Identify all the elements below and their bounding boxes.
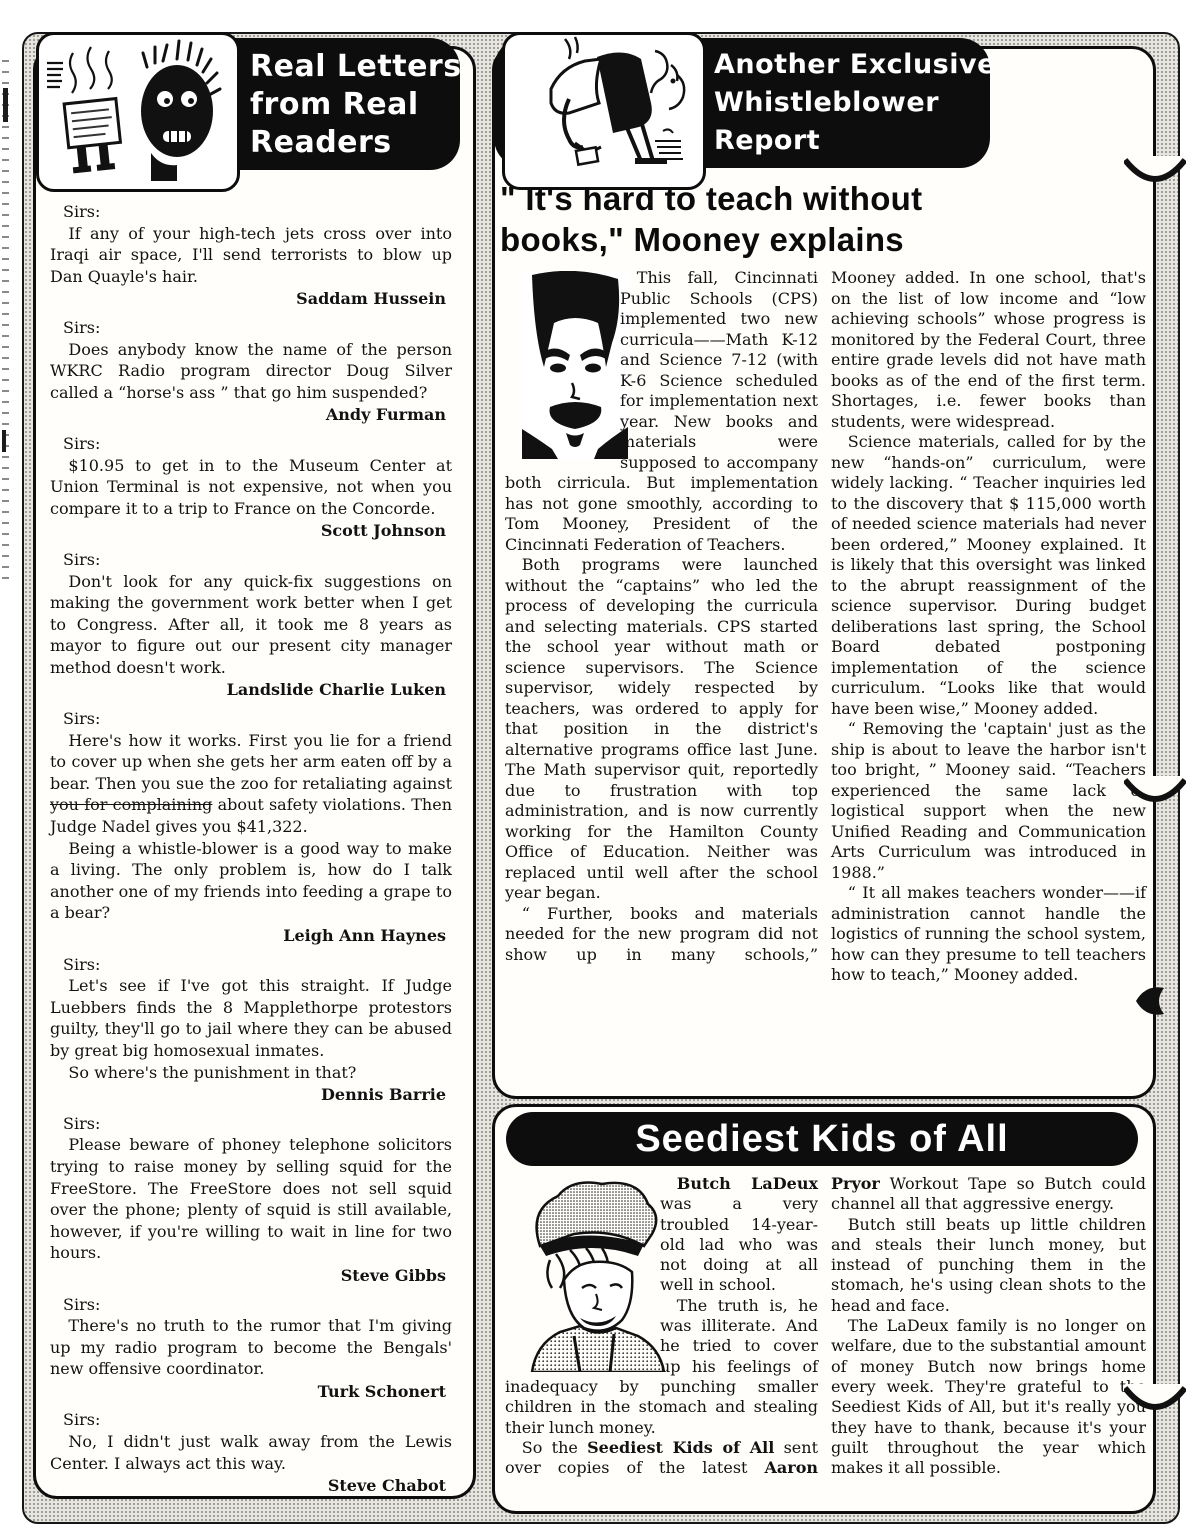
page-curl-icon: [1124, 156, 1186, 198]
seediest-body: Butch LaDeux was a very troubled 14-year…: [505, 1174, 1146, 1478]
whistleblower-cartoon: [502, 32, 706, 190]
letter-body: Please beware of phoney telephone solici…: [50, 1134, 452, 1264]
article-paragraph: Mooney added. In one school, that's on t…: [831, 268, 1146, 432]
letter: Sirs: $10.95 to get in to the Museum Cen…: [50, 433, 452, 542]
letter-body: There's no truth to the rumor that I'm g…: [50, 1315, 452, 1380]
seediest-paragraph: Butch still beats up little children and…: [831, 1215, 1146, 1316]
wb-title-line2: Whistleblower: [714, 84, 996, 122]
letter-salutation: Sirs:: [63, 317, 452, 339]
letter-signature: Landslide Charlie Luken: [50, 679, 446, 701]
page-curl-icon: [1124, 776, 1186, 818]
letter-salutation: Sirs:: [63, 1294, 452, 1316]
wb-title-line1: Another Exclusive: [714, 46, 996, 84]
seediest-paragraph: Pryor Workout Tape so Butch could channe…: [831, 1174, 1146, 1215]
letter-body: $10.95 to get in to the Museum Center at…: [50, 455, 452, 520]
letter-signature: Turk Schonert: [50, 1381, 446, 1403]
seediest-column-2: Pryor Workout Tape so Butch could channe…: [831, 1174, 1146, 1478]
seediest-text-bold: Aaron: [764, 1458, 818, 1477]
article-paragraph: “ Removing the 'captain' just as the shi…: [831, 719, 1146, 883]
letter: Sirs: There's no truth to the rumor that…: [50, 1294, 452, 1403]
article-body: This fall, Cincinnati Public Schools (CP…: [505, 268, 1146, 986]
letter-body: Here's how it works. First you lie for a…: [50, 730, 452, 838]
scan-spine-artifact: [2, 60, 9, 580]
zine-page: { "colors":{"ink":"#0d0d0d","paper":"#ff…: [0, 0, 1198, 1532]
letter-body-text: Here's how it works. First you lie for a…: [50, 731, 452, 793]
letter-body: Being a whistle-blower is a good way to …: [50, 838, 452, 924]
article-paragraph: This fall, Cincinnati Public Schools (CP…: [505, 268, 818, 555]
letter-salutation: Sirs:: [63, 1409, 452, 1431]
mooney-portrait: [505, 271, 611, 459]
article-column-1: This fall, Cincinnati Public Schools (CP…: [505, 268, 818, 986]
letter-signature: Steve Chabot: [50, 1475, 446, 1497]
scan-ink-blob: [3, 88, 8, 122]
letter-body: Let's see if I've got this straight. If …: [50, 975, 452, 1061]
panicked-reader-cartoon-art: [39, 35, 231, 183]
seediest-banner: Seediest Kids of All: [506, 1112, 1138, 1166]
page-curl-icon: [1124, 1384, 1186, 1426]
article-paragraph: Science materials, called for by the new…: [831, 432, 1146, 719]
letter-body: If any of your high-tech jets cross over…: [50, 223, 452, 288]
seediest-text-bold: Butch LaDeux: [677, 1174, 818, 1193]
letter-salutation: Sirs:: [63, 1113, 452, 1135]
letter-salutation: Sirs:: [63, 954, 452, 976]
letter-signature: Saddam Hussein: [50, 288, 446, 310]
letter-body: No, I didn't just walk away from the Lew…: [50, 1431, 452, 1474]
letters-title-line3: Readers: [250, 124, 462, 162]
wb-title-line3: Report: [714, 122, 996, 160]
butch-ladeux-portrait: [505, 1176, 651, 1372]
letter-signature: Dennis Barrie: [50, 1084, 446, 1106]
letter-salutation: Sirs:: [63, 433, 452, 455]
article-paragraph: “ It all makes teachers wonder——if admin…: [831, 883, 1146, 986]
letter: Sirs: Let's see if I've got this straigh…: [50, 954, 452, 1106]
letter-signature: Leigh Ann Haynes: [50, 925, 446, 947]
article-headline: " It's hard to teach without books," Moo…: [500, 178, 1148, 260]
letters-title-line1: Real Letters: [250, 48, 462, 86]
letter-salutation: Sirs:: [63, 201, 452, 223]
seediest-paragraph: So the Seediest Kids of All sent over co…: [505, 1438, 818, 1479]
seediest-text-bold: Seediest Kids of All: [587, 1438, 774, 1457]
seediest-column-1: Butch LaDeux was a very troubled 14-year…: [505, 1174, 818, 1478]
article-paragraph: “ Further, books and materials needed fo…: [505, 904, 818, 966]
whistleblower-cartoon-art: [505, 35, 697, 181]
butch-portrait-art: [522, 1176, 668, 1372]
letter-body: Does anybody know the name of the person…: [50, 339, 452, 404]
letter-salutation: Sirs:: [63, 549, 452, 571]
letter: Sirs: Don't look for any quick-fix sugge…: [50, 549, 452, 701]
page-curl-blob: [1136, 984, 1166, 1018]
whistleblower-header-title: Another Exclusive Whistleblower Report: [714, 46, 996, 160]
mooney-portrait-art: [522, 271, 628, 459]
seediest-text: was a very troubled 14-year-old lad who …: [660, 1194, 818, 1294]
seediest-text-bold: Pryor: [831, 1174, 880, 1193]
letter: Sirs: Here's how it works. First you lie…: [50, 708, 452, 947]
letter-signature: Scott Johnson: [50, 520, 446, 542]
struck-text: you for complaining: [50, 795, 212, 814]
letter: Sirs: If any of your high-tech jets cros…: [50, 201, 452, 310]
seediest-text: So the: [522, 1438, 587, 1457]
letter-body: So where's the punishment in that?: [50, 1062, 452, 1084]
letters-column: Sirs: If any of your high-tech jets cros…: [50, 194, 452, 1498]
article-paragraph: Both programs were launched without the …: [505, 555, 818, 904]
letters-header-title: Real Letters from Real Readers: [250, 48, 462, 162]
headline-line2: books," Mooney explains: [500, 219, 1148, 260]
article-column-2: Mooney added. In one school, that's on t…: [831, 268, 1146, 986]
letter-body: Don't look for any quick-fix suggestions…: [50, 571, 452, 679]
letter: Sirs: Please beware of phoney telephone …: [50, 1113, 452, 1287]
letter-signature: Steve Gibbs: [50, 1265, 446, 1287]
letter-signature: Andy Furman: [50, 404, 446, 426]
letters-title-line2: from Real: [250, 86, 462, 124]
scan-ink-blob: [2, 430, 6, 452]
panicked-reader-cartoon: [36, 32, 240, 192]
letter: Sirs: Does anybody know the name of the …: [50, 317, 452, 426]
seediest-paragraph: The LaDeux family is no longer on welfar…: [831, 1316, 1146, 1478]
letter-salutation: Sirs:: [63, 708, 452, 730]
letter: Sirs: No, I didn't just walk away from t…: [50, 1409, 452, 1496]
seediest-paragraph: Butch LaDeux was a very troubled 14-year…: [505, 1174, 818, 1296]
